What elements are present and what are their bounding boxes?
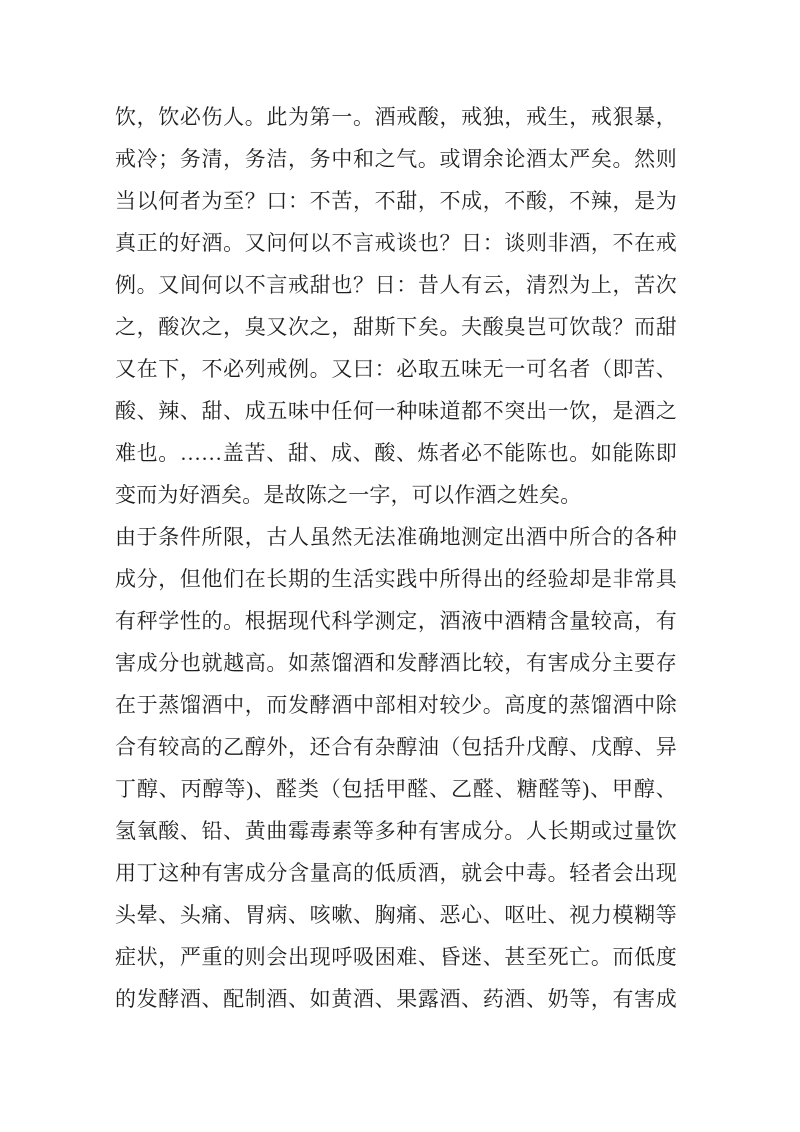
text-line: 由于条件所限，古人虽然无法准确地测定出酒中所合的各种 — [115, 516, 677, 558]
text-line: 在于蒸馏酒中，而发酵酒中部相对较少。高度的蒸馏酒中除 — [115, 684, 677, 726]
text-line: 症状，严重的则会出现呼吸困难、昏迷、甚至死亡。而低度 — [115, 936, 677, 978]
text-line: 的发酵酒、配制酒、如黄酒、果露酒、药酒、奶等，有害成 — [115, 978, 677, 1020]
text-line: 害成分也就越高。如蒸馏酒和发酵酒比较，有害成分主要存 — [115, 642, 677, 684]
document-page: 饮，饮必伤人。此为第一。酒戒酸，戒独，戒生，戒狠暴， 戒冷；务清，务洁，务中和之… — [0, 0, 800, 1132]
text-line: 之，酸次之，臭又次之，甜斯下矣。夫酸臭岂可饮哉？而甜 — [115, 306, 677, 348]
text-line: 有秤学性的。根据现代科学测定，酒液中酒精含量较高，有 — [115, 600, 677, 642]
text-line: 当以何者为至？口：不苦，不甜，不成，不酸，不辣，是为 — [115, 180, 677, 222]
text-line: 真正的好酒。又问何以不言戒谈也？日：谈则非酒，不在戒 — [115, 222, 677, 264]
text-line: 头晕、头痛、胃病、咳嗽、胸痛、恶心、呕吐、视力模糊等 — [115, 894, 677, 936]
text-line: 丁醇、丙醇等)、醛类（包括甲醛、乙醛、糖醛等)、甲醇、 — [115, 768, 677, 810]
text-line: 用丁这种有害成分含量高的低质酒，就会中毒。轻者会出现 — [115, 852, 677, 894]
text-line: 合有较高的乙醇外，还合有杂醇油（包括升戊醇、戊醇、异 — [115, 726, 677, 768]
text-line: 变而为好酒矣。是故陈之一字，可以作酒之姓矣。 — [115, 474, 677, 516]
text-line: 成分，但他们在长期的生活实践中所得出的经验却是非常具 — [115, 558, 677, 600]
text-line: 戒冷；务清，务洁，务中和之气。或谓余论酒太严矣。然则 — [115, 138, 677, 180]
paragraph-2: 由于条件所限，古人虽然无法准确地测定出酒中所合的各种 成分，但他们在长期的生活实… — [115, 516, 677, 1020]
text-block: 饮，饮必伤人。此为第一。酒戒酸，戒独，戒生，戒狠暴， 戒冷；务清，务洁，务中和之… — [115, 96, 677, 1020]
text-line: 难也。……盖苦、甜、成、酸、炼者必不能陈也。如能陈即 — [115, 432, 677, 474]
text-line: 氢氧酸、铅、黄曲霉毒素等多种有害成分。人长期或过量饮 — [115, 810, 677, 852]
text-line: 例。又间何以不言戒甜也？日：昔人有云，清烈为上，苦次 — [115, 264, 677, 306]
text-line: 饮，饮必伤人。此为第一。酒戒酸，戒独，戒生，戒狠暴， — [115, 96, 677, 138]
text-line: 又在下，不必列戒例。又曰：必取五味无一可名者（即苦、 — [115, 348, 677, 390]
paragraph-1: 饮，饮必伤人。此为第一。酒戒酸，戒独，戒生，戒狠暴， 戒冷；务清，务洁，务中和之… — [115, 96, 677, 516]
text-line: 酸、辣、甜、成五味中任何一种味道都不突出一饮，是酒之 — [115, 390, 677, 432]
